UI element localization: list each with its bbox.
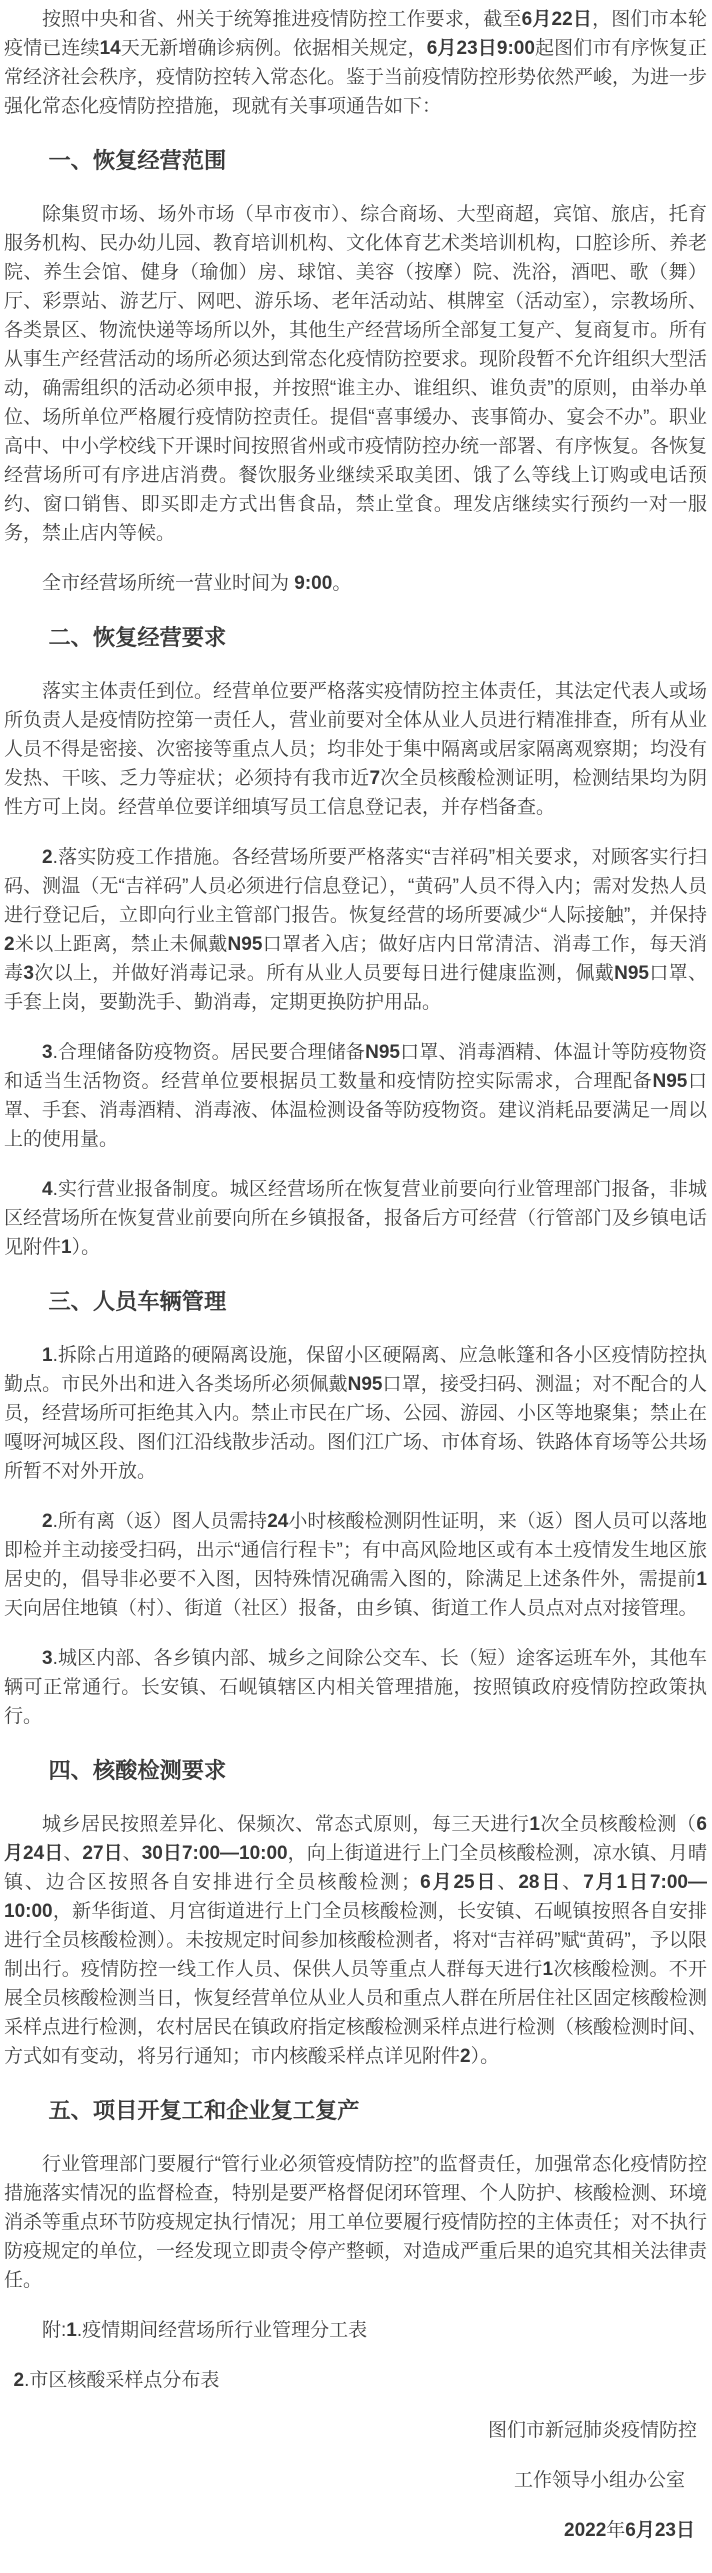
section-heading: 一、恢复经营范围 <box>4 146 707 175</box>
section-heading: 五、项目开复工和企业复工复产 <box>4 2096 707 2125</box>
signature-line: 图们市新冠肺炎疫情防控 <box>4 2416 707 2445</box>
paragraph: 落实主体责任到位。经营单位要严格落实疫情防控主体责任，其法定代表人或场所负责人是… <box>4 677 707 822</box>
section-heading: 三、人员车辆管理 <box>4 1287 707 1316</box>
section-heading: 二、恢复经营要求 <box>4 623 707 652</box>
paragraph: 2.所有离（返）图人员需持24小时核酸检测阴性证明，来（返）图人员可以落地即检并… <box>4 1507 707 1623</box>
paragraph: 1.拆除占用道路的硬隔离设施，保留小区硬隔离、应急帐篷和各小区疫情防控执勤点。市… <box>4 1341 707 1486</box>
paragraph: 按照中央和省、州关于统筹推进疫情防控工作要求，截至6月22日，图们市本轮疫情已连… <box>4 5 707 121</box>
paragraph: 4.实行营业报备制度。城区经营场所在恢复营业前要向行业管理部门报备，非城区经营场… <box>4 1175 707 1262</box>
paragraph: 城乡居民按照差异化、保频次、常态式原则，每三天进行1次全员核酸检测（6月24日、… <box>4 1810 707 2071</box>
paragraph: 3.合理储备防疫物资。居民要合理储备N95口罩、消毒酒精、体温计等防疫物资和适当… <box>4 1038 707 1154</box>
paragraph: 除集贸市场、场外市场（早市夜市）、综合商场、大型商超，宾馆、旅店，托育服务机构、… <box>4 200 707 548</box>
signature-line: 工作领导小组办公室 <box>4 2466 707 2495</box>
paragraph: 全市经营场所统一营业时间为 9:00。 <box>4 569 707 598</box>
paragraph: 附:1.疫情期间经营场所行业管理分工表 <box>4 2316 707 2345</box>
notice-document: 按照中央和省、州关于统筹推进疫情防控工作要求，截至6月22日，图们市本轮疫情已连… <box>0 0 712 2573</box>
signature-line: 2022年6月23日 <box>4 2516 707 2545</box>
paragraph: 行业管理部门要履行“管行业必须管疫情防控”的监督责任，加强常态化疫情防控措施落实… <box>4 2150 707 2295</box>
attachment-line: 2.市区核酸采样点分布表 <box>4 2366 707 2395</box>
paragraph: 3.城区内部、各乡镇内部、城乡之间除公交车、长（短）途客运班车外，其他车辆可正常… <box>4 1644 707 1731</box>
section-heading: 四、核酸检测要求 <box>4 1756 707 1785</box>
paragraph: 2.落实防疫工作措施。各经营场所要严格落实“吉祥码”相关要求，对顾客实行扫码、测… <box>4 843 707 1017</box>
